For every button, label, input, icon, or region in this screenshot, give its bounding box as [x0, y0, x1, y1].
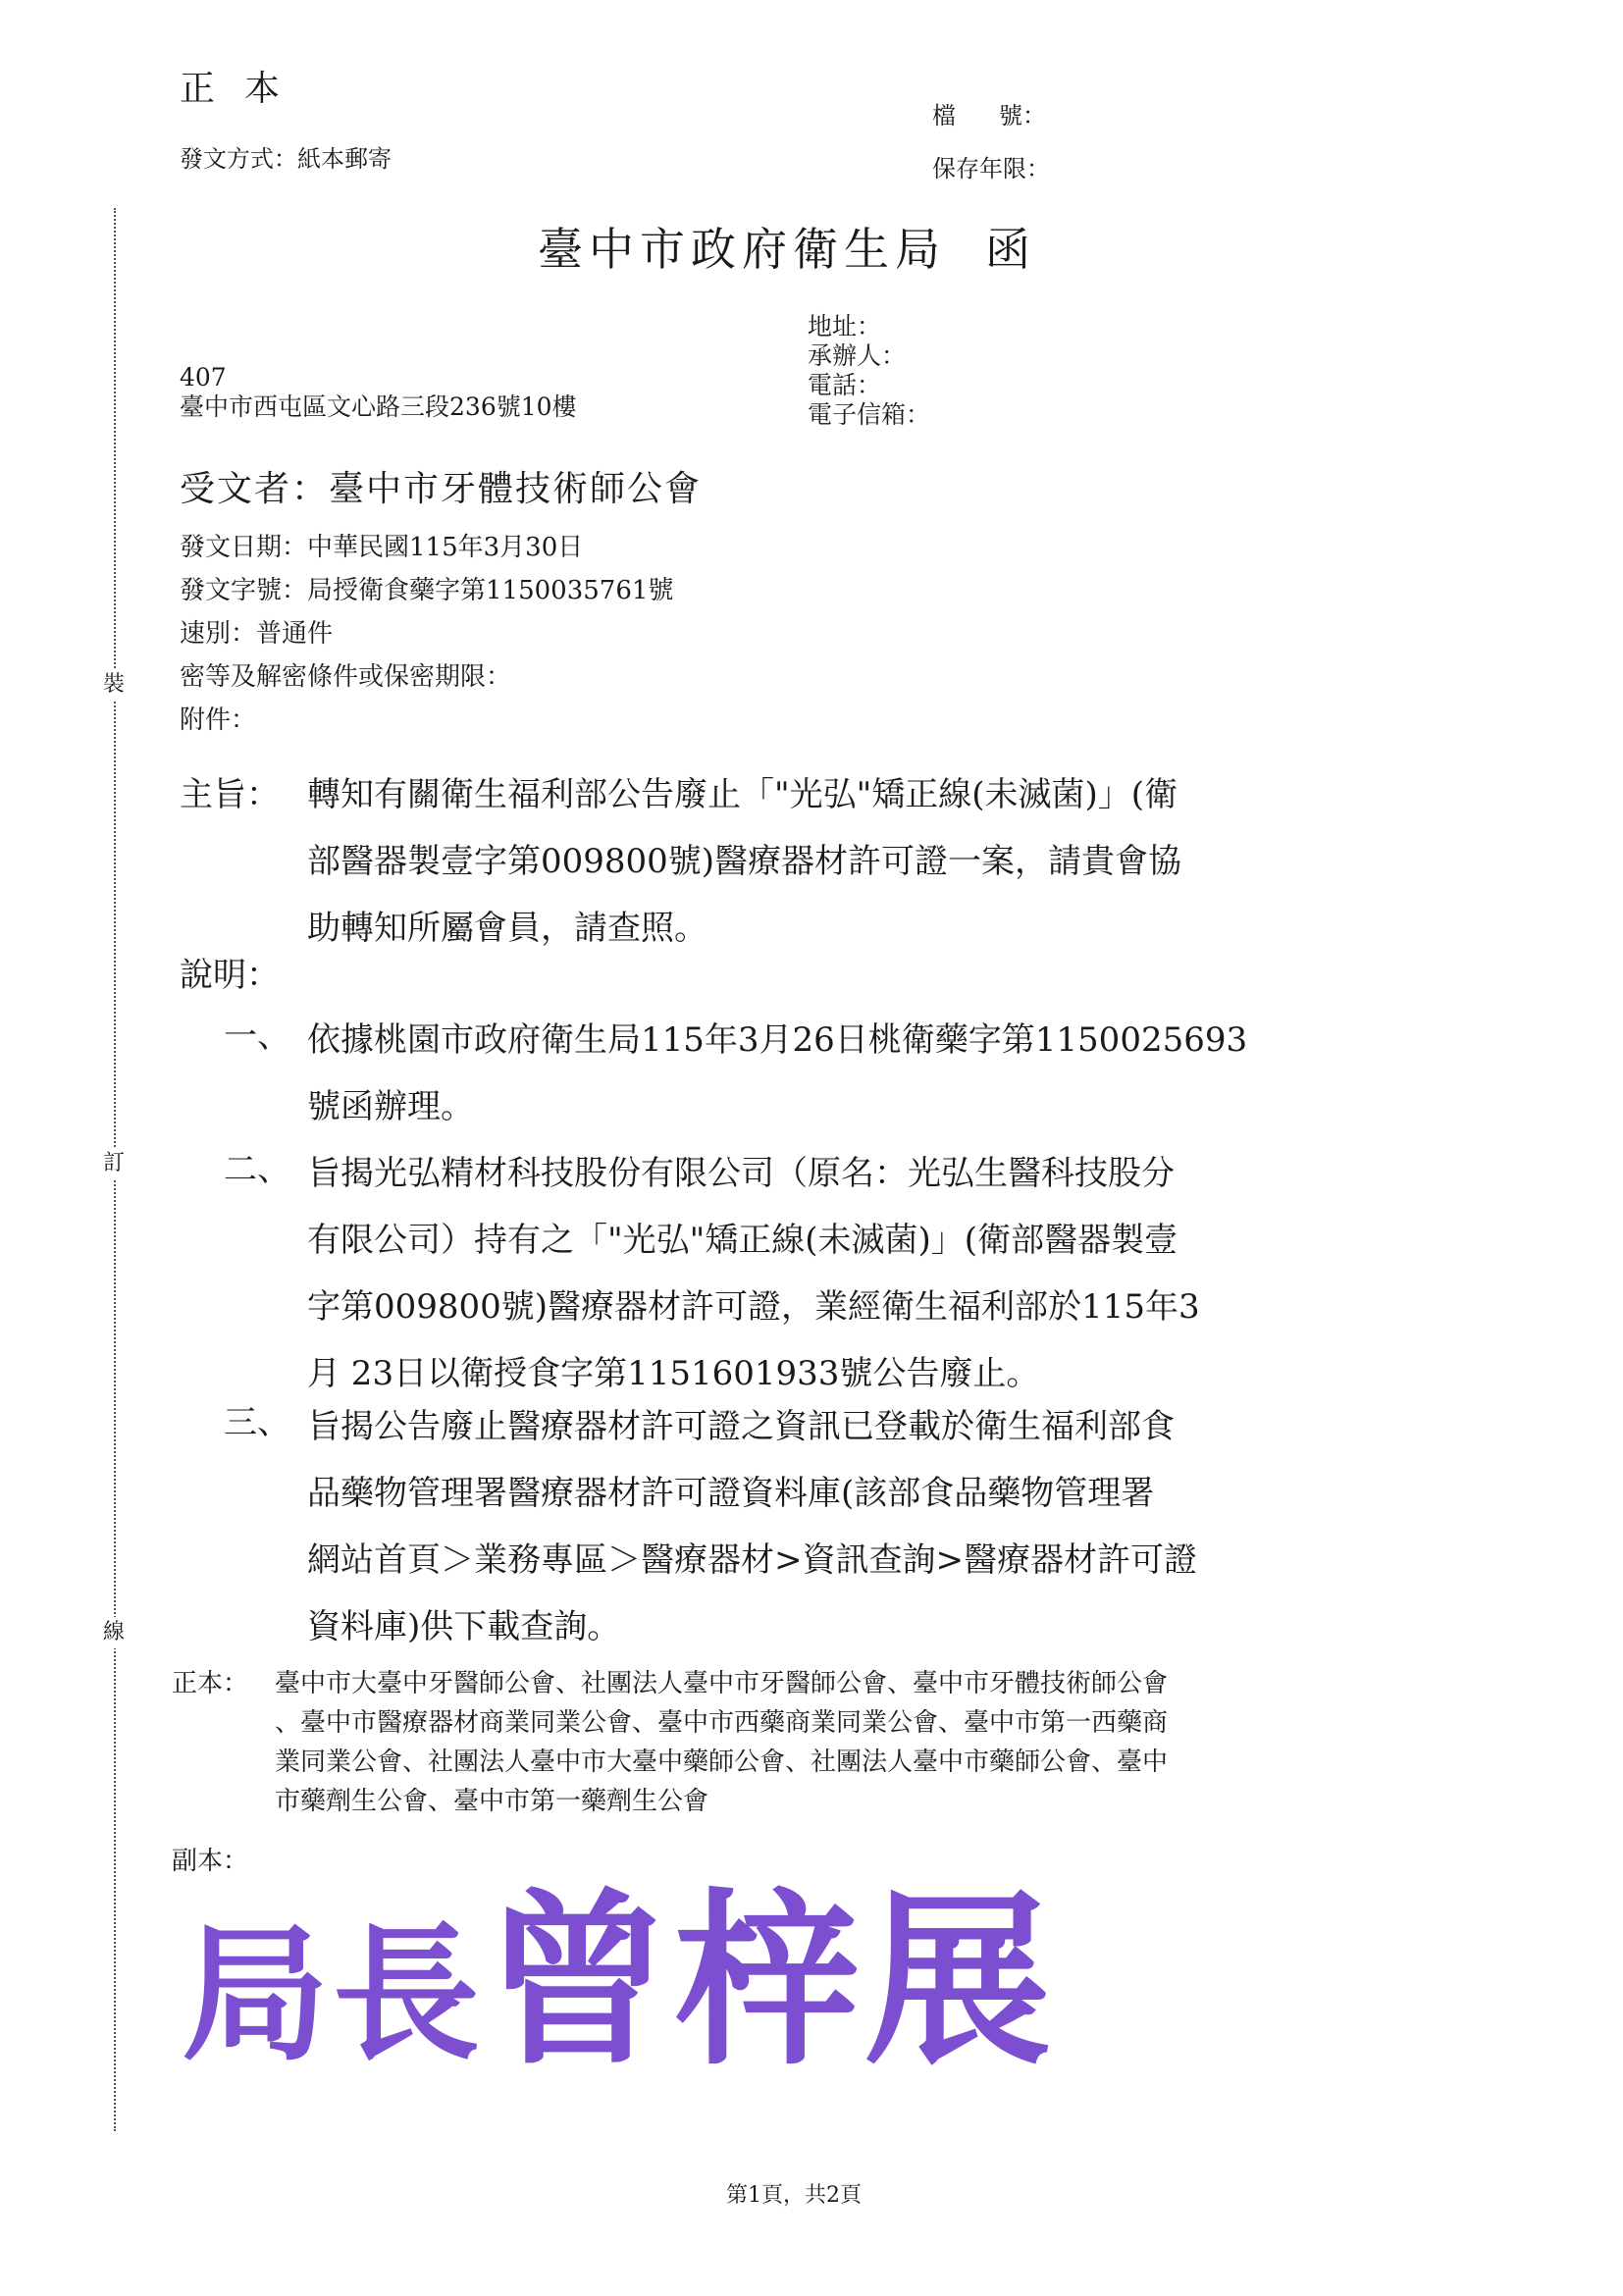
director-signature-stamp: 局長曾梓展: [182, 1884, 1055, 2094]
recipients-line: 業同業公會、社團法人臺中市大臺中藥師公會、社團法人臺中市藥師公會、臺中: [275, 1743, 1168, 1782]
file-number-label-a: 檔: [932, 102, 956, 130]
description-label: 說明：: [180, 948, 280, 996]
signature-name: 曾梓展: [484, 1873, 1055, 2090]
description-line: 號函辦理。: [307, 1073, 1247, 1140]
recipient-street-address: 臺中市西屯區文心路三段236號10樓: [180, 392, 577, 422]
subject-line: 部醫器製壹字第009800號)醫療器材許可證一案，請貴會協: [307, 828, 1181, 895]
page-number: 第1頁，共2頁: [726, 2178, 862, 2209]
description-item-number: 二、: [224, 1142, 290, 1190]
file-number-label-b: 號：: [999, 102, 1046, 130]
recipient-address-block: 407 臺中市西屯區文心路三段236號10樓: [180, 363, 577, 422]
subject-body: 轉知有關衛生福利部公告廢止「"光弘"矯正線(未滅菌)」(衛 部醫器製壹字第009…: [307, 761, 1181, 962]
description-line: 資料庫)供下載查詢。: [307, 1593, 1197, 1660]
description-item-number: 一、: [224, 1009, 290, 1057]
description-item: 旨揭光弘精材科技股份有限公司（原名：光弘生醫科技股分 有限公司）持有之「"光弘"…: [307, 1140, 1200, 1407]
send-method: 發文方式：紙本郵寄: [180, 139, 392, 174]
retention-period-label: 保存年限：: [932, 149, 1050, 183]
document-meta: 發文日期：中華民國115年3月30日 發文字號：局授衛食藥字第115003576…: [180, 526, 673, 742]
classification: 密等及解密條件或保密期限：: [180, 655, 673, 699]
description-line: 字第009800號)醫療器材許可證，業經衛生福利部於115年3: [307, 1274, 1200, 1340]
handler-label: 承辦人：: [808, 341, 930, 371]
binding-char-xian: 線: [98, 1617, 130, 1648]
subject-line: 轉知有關衛生福利部公告廢止「"光弘"矯正線(未滅菌)」(衛: [307, 761, 1181, 828]
binding-char-ding: 訂: [98, 1148, 130, 1179]
description-line: 有限公司）持有之「"光弘"矯正線(未滅菌)」(衛部醫器製壹: [307, 1207, 1200, 1274]
description-line: 品藥物管理署醫療器材許可證資料庫(該部食品藥物管理署: [307, 1460, 1197, 1527]
copy-type-label: 正本: [180, 61, 309, 111]
email-label: 電子信箱：: [808, 400, 930, 430]
file-number-label: 檔號：: [932, 96, 1046, 130]
recipients-line: 、臺中市醫療器材商業同業公會、臺中市西藥商業同業公會、臺中市第一西藥商: [275, 1703, 1168, 1743]
document-number: 發文字號：局授衛食藥字第1150035761號: [180, 569, 673, 612]
letterhead-title: 臺中市政府衛生局函: [538, 214, 1036, 279]
postal-code: 407: [180, 363, 577, 392]
description-line: 旨揭公告廢止醫療器材許可證之資訊已登載於衛生福利部食: [307, 1393, 1197, 1460]
address-label: 地址：: [808, 312, 930, 341]
description-line: 旨揭光弘精材科技股份有限公司（原名：光弘生醫科技股分: [307, 1140, 1200, 1207]
description-item: 旨揭公告廢止醫療器材許可證之資訊已登載於衛生福利部食 品藥物管理署醫療器材許可證…: [307, 1393, 1197, 1660]
priority: 速別：普通件: [180, 612, 673, 655]
attachments: 附件：: [180, 699, 673, 742]
subject-label: 主旨：: [180, 761, 280, 828]
contact-block: 地址： 承辦人： 電話： 電子信箱：: [808, 312, 930, 430]
original-recipients-label: 正本：: [172, 1664, 248, 1703]
description-line: 依據桃園市政府衛生局115年3月26日桃衛藥字第1150025693: [307, 1007, 1247, 1073]
recipients-line: 市藥劑生公會、臺中市第一藥劑生公會: [275, 1782, 1168, 1821]
signature-title: 局長: [182, 1910, 484, 2081]
original-recipients-list: 臺中市大臺中牙醫師公會、社團法人臺中市牙醫師公會、臺中市牙體技術師公會 、臺中市…: [275, 1664, 1168, 1821]
phone-label: 電話：: [808, 371, 930, 400]
document-type: 函: [985, 223, 1036, 276]
description-line: 網站首頁＞業務專區＞醫療器材>資訊查詢>醫療器材許可證: [307, 1527, 1197, 1593]
recipient: 受文者：臺中市牙體技術師公會: [180, 461, 702, 511]
subject-line: 助轉知所屬會員，請查照。: [307, 895, 1181, 962]
cc-label: 副本：: [172, 1841, 248, 1877]
description-item: 依據桃園市政府衛生局115年3月26日桃衛藥字第1150025693 號函辦理。: [307, 1007, 1247, 1140]
binding-char-zhuang: 裝: [98, 669, 130, 701]
recipients-line: 臺中市大臺中牙醫師公會、社團法人臺中市牙醫師公會、臺中市牙體技術師公會: [275, 1664, 1168, 1703]
agency-name: 臺中市政府衛生局: [538, 223, 946, 276]
issue-date: 發文日期：中華民國115年3月30日: [180, 526, 673, 569]
description-item-number: 三、: [224, 1395, 290, 1443]
